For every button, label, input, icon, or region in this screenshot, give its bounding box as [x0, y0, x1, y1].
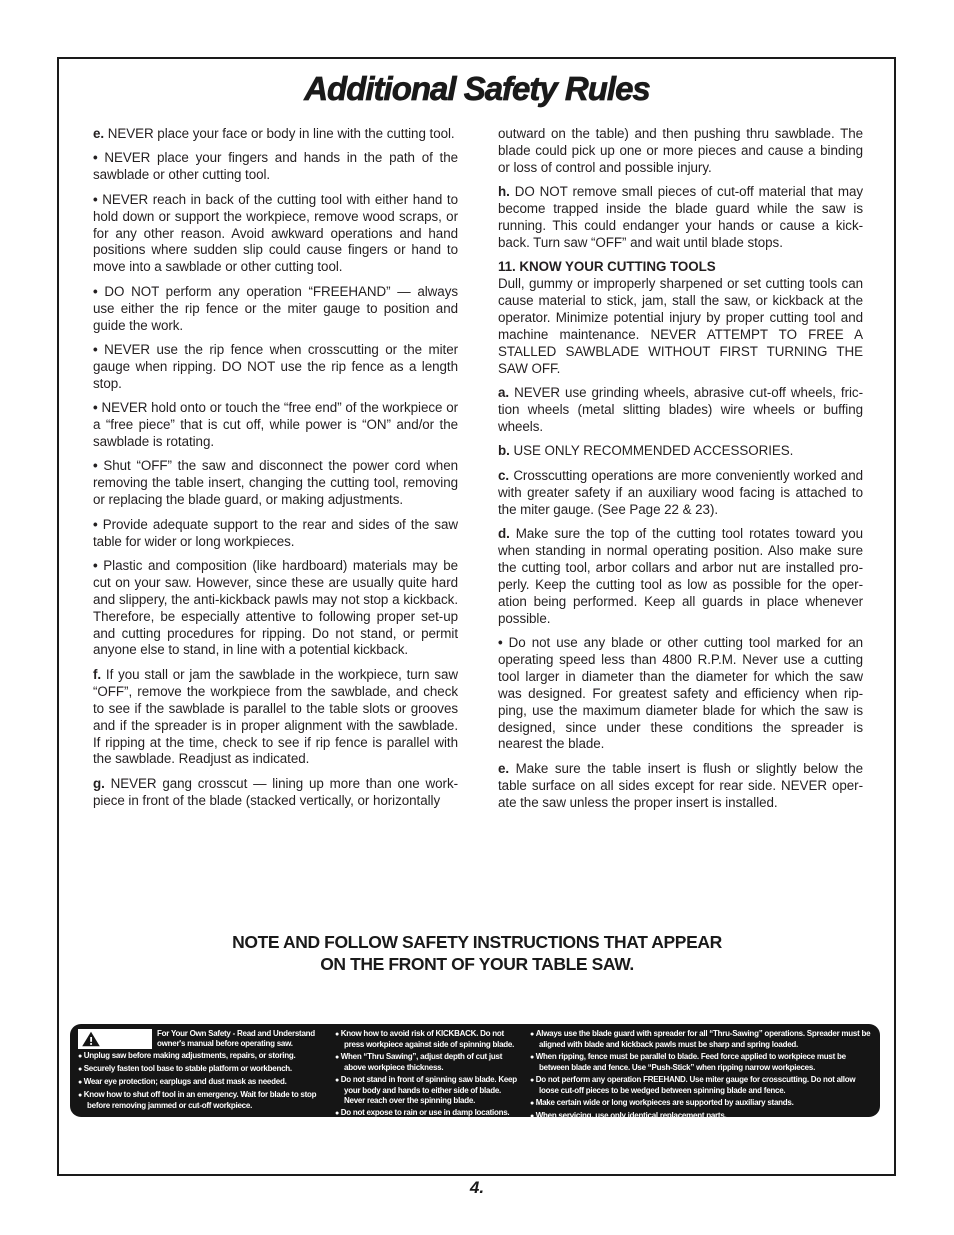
paragraph: 11. KNOW YOUR CUTTING TOOLSDull, gummy o…	[498, 259, 863, 377]
label-header: For Your Own Safety - Read and Understan…	[78, 1029, 326, 1049]
paragraph-text: NEVER hold onto or touch the “free end” …	[93, 400, 458, 449]
paragraph-text: Shut “OFF” the saw and disconnect the po…	[93, 458, 458, 507]
paragraph: f. If you stall or jam the sawblade in t…	[93, 667, 458, 768]
paragraph: e. NEVER place your face or body in line…	[93, 126, 458, 143]
paragraph-lead: c.	[498, 468, 509, 483]
paragraph: • NEVER place your fingers and hands in …	[93, 150, 458, 184]
label-item: Know how to shut off tool in an emergenc…	[78, 1090, 326, 1111]
paragraph-lead: a.	[498, 385, 509, 400]
paragraph: e. Make sure the table insert is flush o…	[498, 761, 863, 812]
paragraph-heading: 11. KNOW YOUR CUTTING TOOLS	[498, 259, 863, 276]
warning-label: For Your Own Safety - Read and Understan…	[70, 1024, 880, 1117]
label-item: When servicing, use only identical repla…	[530, 1111, 873, 1122]
paragraph-text: Make sure the top of the cutting tool ro…	[498, 526, 863, 626]
label-column-2: Know how to avoid risk of KICKBACK. Do n…	[335, 1029, 521, 1113]
paragraph-text: outward on the table) and then pushing t…	[498, 126, 863, 175]
label-item: When ripping, fence must be parallel to …	[530, 1052, 873, 1073]
label-item: Do not expose to rain or use in damp loc…	[335, 1108, 521, 1119]
paragraph-text: Crosscutting operations are more conveni…	[498, 468, 863, 517]
paragraph: • Plastic and composition (like hardboar…	[93, 558, 458, 659]
paragraph: c. Crosscutting operations are more conv…	[498, 468, 863, 519]
label-item: Securely fasten tool base to stable plat…	[78, 1064, 326, 1075]
paragraph: g. NEVER gang crosscut — lining up more …	[93, 776, 458, 810]
paragraph: • Shut “OFF” the saw and disconnect the …	[93, 458, 458, 509]
paragraph: outward on the table) and then pushing t…	[498, 126, 863, 177]
paragraph-lead: d.	[498, 526, 510, 541]
safety-note-line2: ON THE FRONT OF YOUR TABLE SAW.	[0, 954, 954, 976]
paragraph-lead: h.	[498, 184, 510, 199]
paragraph-lead: f.	[93, 667, 101, 682]
safety-note: NOTE AND FOLLOW SAFETY INSTRUCTIONS THAT…	[0, 932, 954, 975]
label-column-3: Always use the blade guard with spreader…	[530, 1029, 873, 1113]
paragraph-text: DO NOT remove small pieces of cut-off ma…	[498, 184, 863, 250]
paragraph-text: Provide adequate support to the rear and…	[93, 517, 458, 549]
paragraph: h. DO NOT remove small pieces of cut-off…	[498, 184, 863, 252]
warning-triangle-icon	[78, 1029, 152, 1049]
label-item: Unplug saw before making adjustments, re…	[78, 1051, 326, 1062]
paragraph-text: Make sure the table insert is flush or s…	[498, 761, 863, 810]
paragraph-text: NEVER use grinding wheels, abrasive cut-…	[498, 385, 863, 434]
paragraph: a. NEVER use grinding wheels, abrasive c…	[498, 385, 863, 436]
page-title: Additional Safety Rules	[0, 70, 954, 108]
paragraph-text: NEVER reach in back of the cutting tool …	[93, 192, 458, 275]
paragraph-text: Plastic and composition (like hardboard)…	[93, 558, 458, 658]
paragraph-text: USE ONLY RECOMMENDED ACCESSORIES.	[510, 443, 794, 458]
paragraph-text: NEVER place your fingers and hands in th…	[93, 150, 458, 182]
paragraph: d. Make sure the top of the cutting tool…	[498, 526, 863, 627]
body-columns: e. NEVER place your face or body in line…	[93, 126, 863, 819]
paragraph-lead: e.	[93, 126, 104, 141]
paragraph: • NEVER reach in back of the cutting too…	[93, 192, 458, 277]
paragraph-text: DO NOT perform any operation “FREEHAND” …	[93, 284, 458, 333]
paragraph: • NEVER use the rip fence when crosscutt…	[93, 342, 458, 393]
label-item: Do not stand in front of spinning saw bl…	[335, 1075, 521, 1106]
paragraph-text: NEVER use the rip fence when crosscuttin…	[93, 342, 458, 391]
paragraph-text: NEVER place your face or body in line wi…	[104, 126, 455, 141]
paragraph-lead: e.	[498, 761, 509, 776]
label-item: Wear eye protection; earplugs and dust m…	[78, 1077, 326, 1088]
paragraph-text: If you stall or jam the sawblade in the …	[93, 667, 458, 767]
label-item: Know how to avoid risk of KICKBACK. Do n…	[335, 1029, 521, 1050]
page-number: 4.	[0, 1178, 954, 1198]
label-header-text: For Your Own Safety - Read and Understan…	[157, 1029, 326, 1049]
right-column: outward on the table) and then pushing t…	[498, 126, 863, 819]
paragraph: • NEVER hold onto or touch the “free end…	[93, 400, 458, 451]
label-item: Always use the blade guard with spreader…	[530, 1029, 873, 1050]
label-item: Make certain wide or long workpieces are…	[530, 1098, 873, 1109]
paragraph: b. USE ONLY RECOMMENDED ACCESSORIES.	[498, 443, 863, 460]
safety-note-line1: NOTE AND FOLLOW SAFETY INSTRUCTIONS THAT…	[0, 932, 954, 954]
label-item: When “Thru Sawing”, adjust depth of cut …	[335, 1052, 521, 1073]
paragraph-text: NEVER gang crosscut — lining up more tha…	[93, 776, 458, 808]
label-item: Do not perform any operation FREEHAND. U…	[530, 1075, 873, 1096]
left-column: e. NEVER place your face or body in line…	[93, 126, 458, 819]
paragraph: • DO NOT perform any operation “FREEHAND…	[93, 284, 458, 335]
paragraph: • Do not use any blade or other cutting …	[498, 635, 863, 753]
label-column-1-items: Unplug saw before making adjustments, re…	[78, 1051, 326, 1111]
paragraph-text: Do not use any blade or other cutting to…	[498, 635, 863, 751]
paragraph-text: Dull, gummy or improperly sharpened or s…	[498, 276, 863, 376]
label-column-1: For Your Own Safety - Read and Understan…	[78, 1029, 326, 1113]
paragraph-lead: b.	[498, 443, 510, 458]
paragraph-lead: g.	[93, 776, 105, 791]
paragraph: • Provide adequate support to the rear a…	[93, 517, 458, 551]
